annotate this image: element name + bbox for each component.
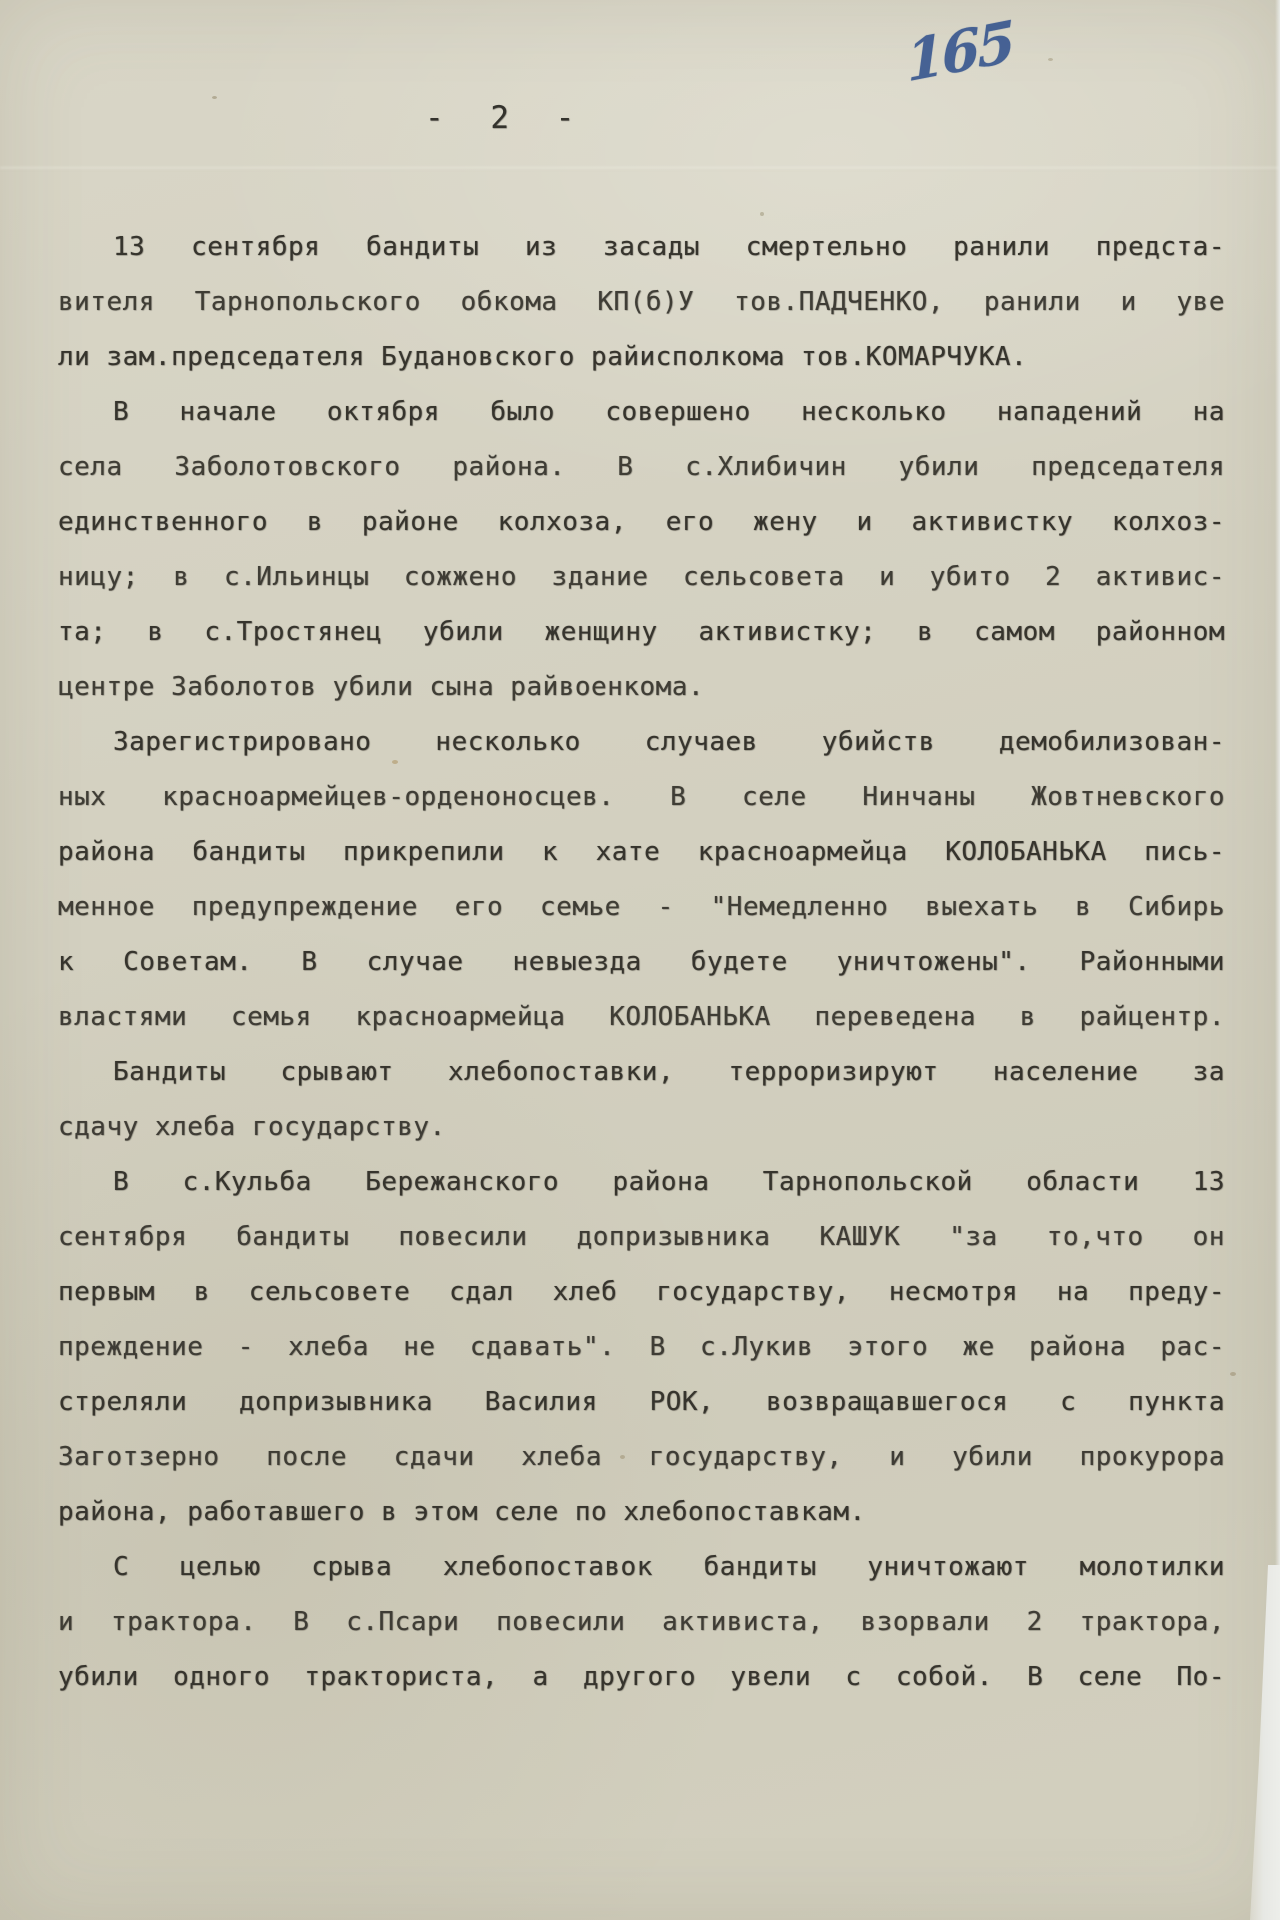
text-line: В начале октября было совершено нескольк… [58, 385, 1225, 440]
paper-speck [760, 212, 764, 216]
text-line: ницу; в с.Ильинцы сожжено здание сельсов… [58, 550, 1225, 605]
text-line: вителя Тарнопольского обкома КП(б)У тов.… [58, 275, 1225, 330]
scan-backing-corner [1250, 1565, 1280, 1920]
text-line: к Советам. В случае невыезда будете унич… [58, 935, 1225, 990]
text-line: Заготзерно после сдачи хлеба государству… [58, 1430, 1225, 1485]
text-line: единственного в районе колхоза, его жену… [58, 495, 1225, 550]
text-line: первым в сельсовете сдал хлеб государств… [58, 1265, 1225, 1320]
paper-sheet: 165 - 2 - 13 сентября бандиты из засады … [0, 0, 1280, 1920]
paper-speck [620, 1455, 625, 1459]
paper-speck [1048, 58, 1053, 61]
paragraph-5: В с.Кульба Бережанского района Тарнополь… [58, 1155, 1225, 1540]
text-line: преждение - хлеба не сдавать". В с.Лукив… [58, 1320, 1225, 1375]
typed-page-number: - 2 - [425, 100, 585, 136]
text-line: Зарегистрировано несколько случаев убийс… [58, 715, 1225, 770]
paragraph-3: Зарегистрировано несколько случаев убийс… [58, 715, 1225, 1045]
text-line: района, работавшего в этом селе по хлебо… [58, 1485, 1225, 1540]
handwritten-page-number: 165 [905, 0, 1066, 96]
text-line: села Заболотовского района. В с.Хлибичин… [58, 440, 1225, 495]
text-line: С целью срыва хлебопоставок бандиты унич… [58, 1540, 1225, 1595]
text-line: властями семья красноармейца КОЛОБАНЬКА … [58, 990, 1225, 1045]
text-line: 13 сентября бандиты из засады смертельно… [58, 220, 1225, 275]
paragraph-2: В начале октября было совершено нескольк… [58, 385, 1225, 715]
paragraph-1: 13 сентября бандиты из засады смертельно… [58, 220, 1225, 385]
paper-speck [212, 96, 217, 99]
paper-speck [392, 760, 398, 764]
scanned-page: 165 - 2 - 13 сентября бандиты из засады … [0, 0, 1280, 1920]
paragraph-6: С целью срыва хлебопоставок бандиты унич… [58, 1540, 1225, 1705]
text-line: центре Заболотов убили сына райвоенкома. [58, 660, 1225, 715]
paper-speck [1230, 1372, 1236, 1376]
text-line: сдачу хлеба государству. [58, 1100, 1225, 1155]
document-body: 13 сентября бандиты из засады смертельно… [58, 220, 1225, 1705]
text-line: убили одного тракториста, а другого увел… [58, 1650, 1225, 1705]
text-line: ли зам.председателя Будановского райиспо… [58, 330, 1225, 385]
text-line: района бандиты прикрепили к хате красноа… [58, 825, 1225, 880]
text-line: сентября бандиты повесили допризывника К… [58, 1210, 1225, 1265]
text-line: В с.Кульба Бережанского района Тарнополь… [58, 1155, 1225, 1210]
text-line: Бандиты срывают хлебопоставки, терроризи… [58, 1045, 1225, 1100]
text-line: менное предупреждение его семье - "Немед… [58, 880, 1225, 935]
text-line: ных красноармейцев-орденоносцев. В селе … [58, 770, 1225, 825]
text-line: та; в с.Тростянец убили женщину активист… [58, 605, 1225, 660]
text-line: стреляли допризывника Василия РОК, возвр… [58, 1375, 1225, 1430]
paragraph-4: Бандиты срывают хлебопоставки, терроризи… [58, 1045, 1225, 1155]
paper-crease [0, 166, 1280, 170]
text-line: и трактора. В с.Псари повесили активиста… [58, 1595, 1225, 1650]
